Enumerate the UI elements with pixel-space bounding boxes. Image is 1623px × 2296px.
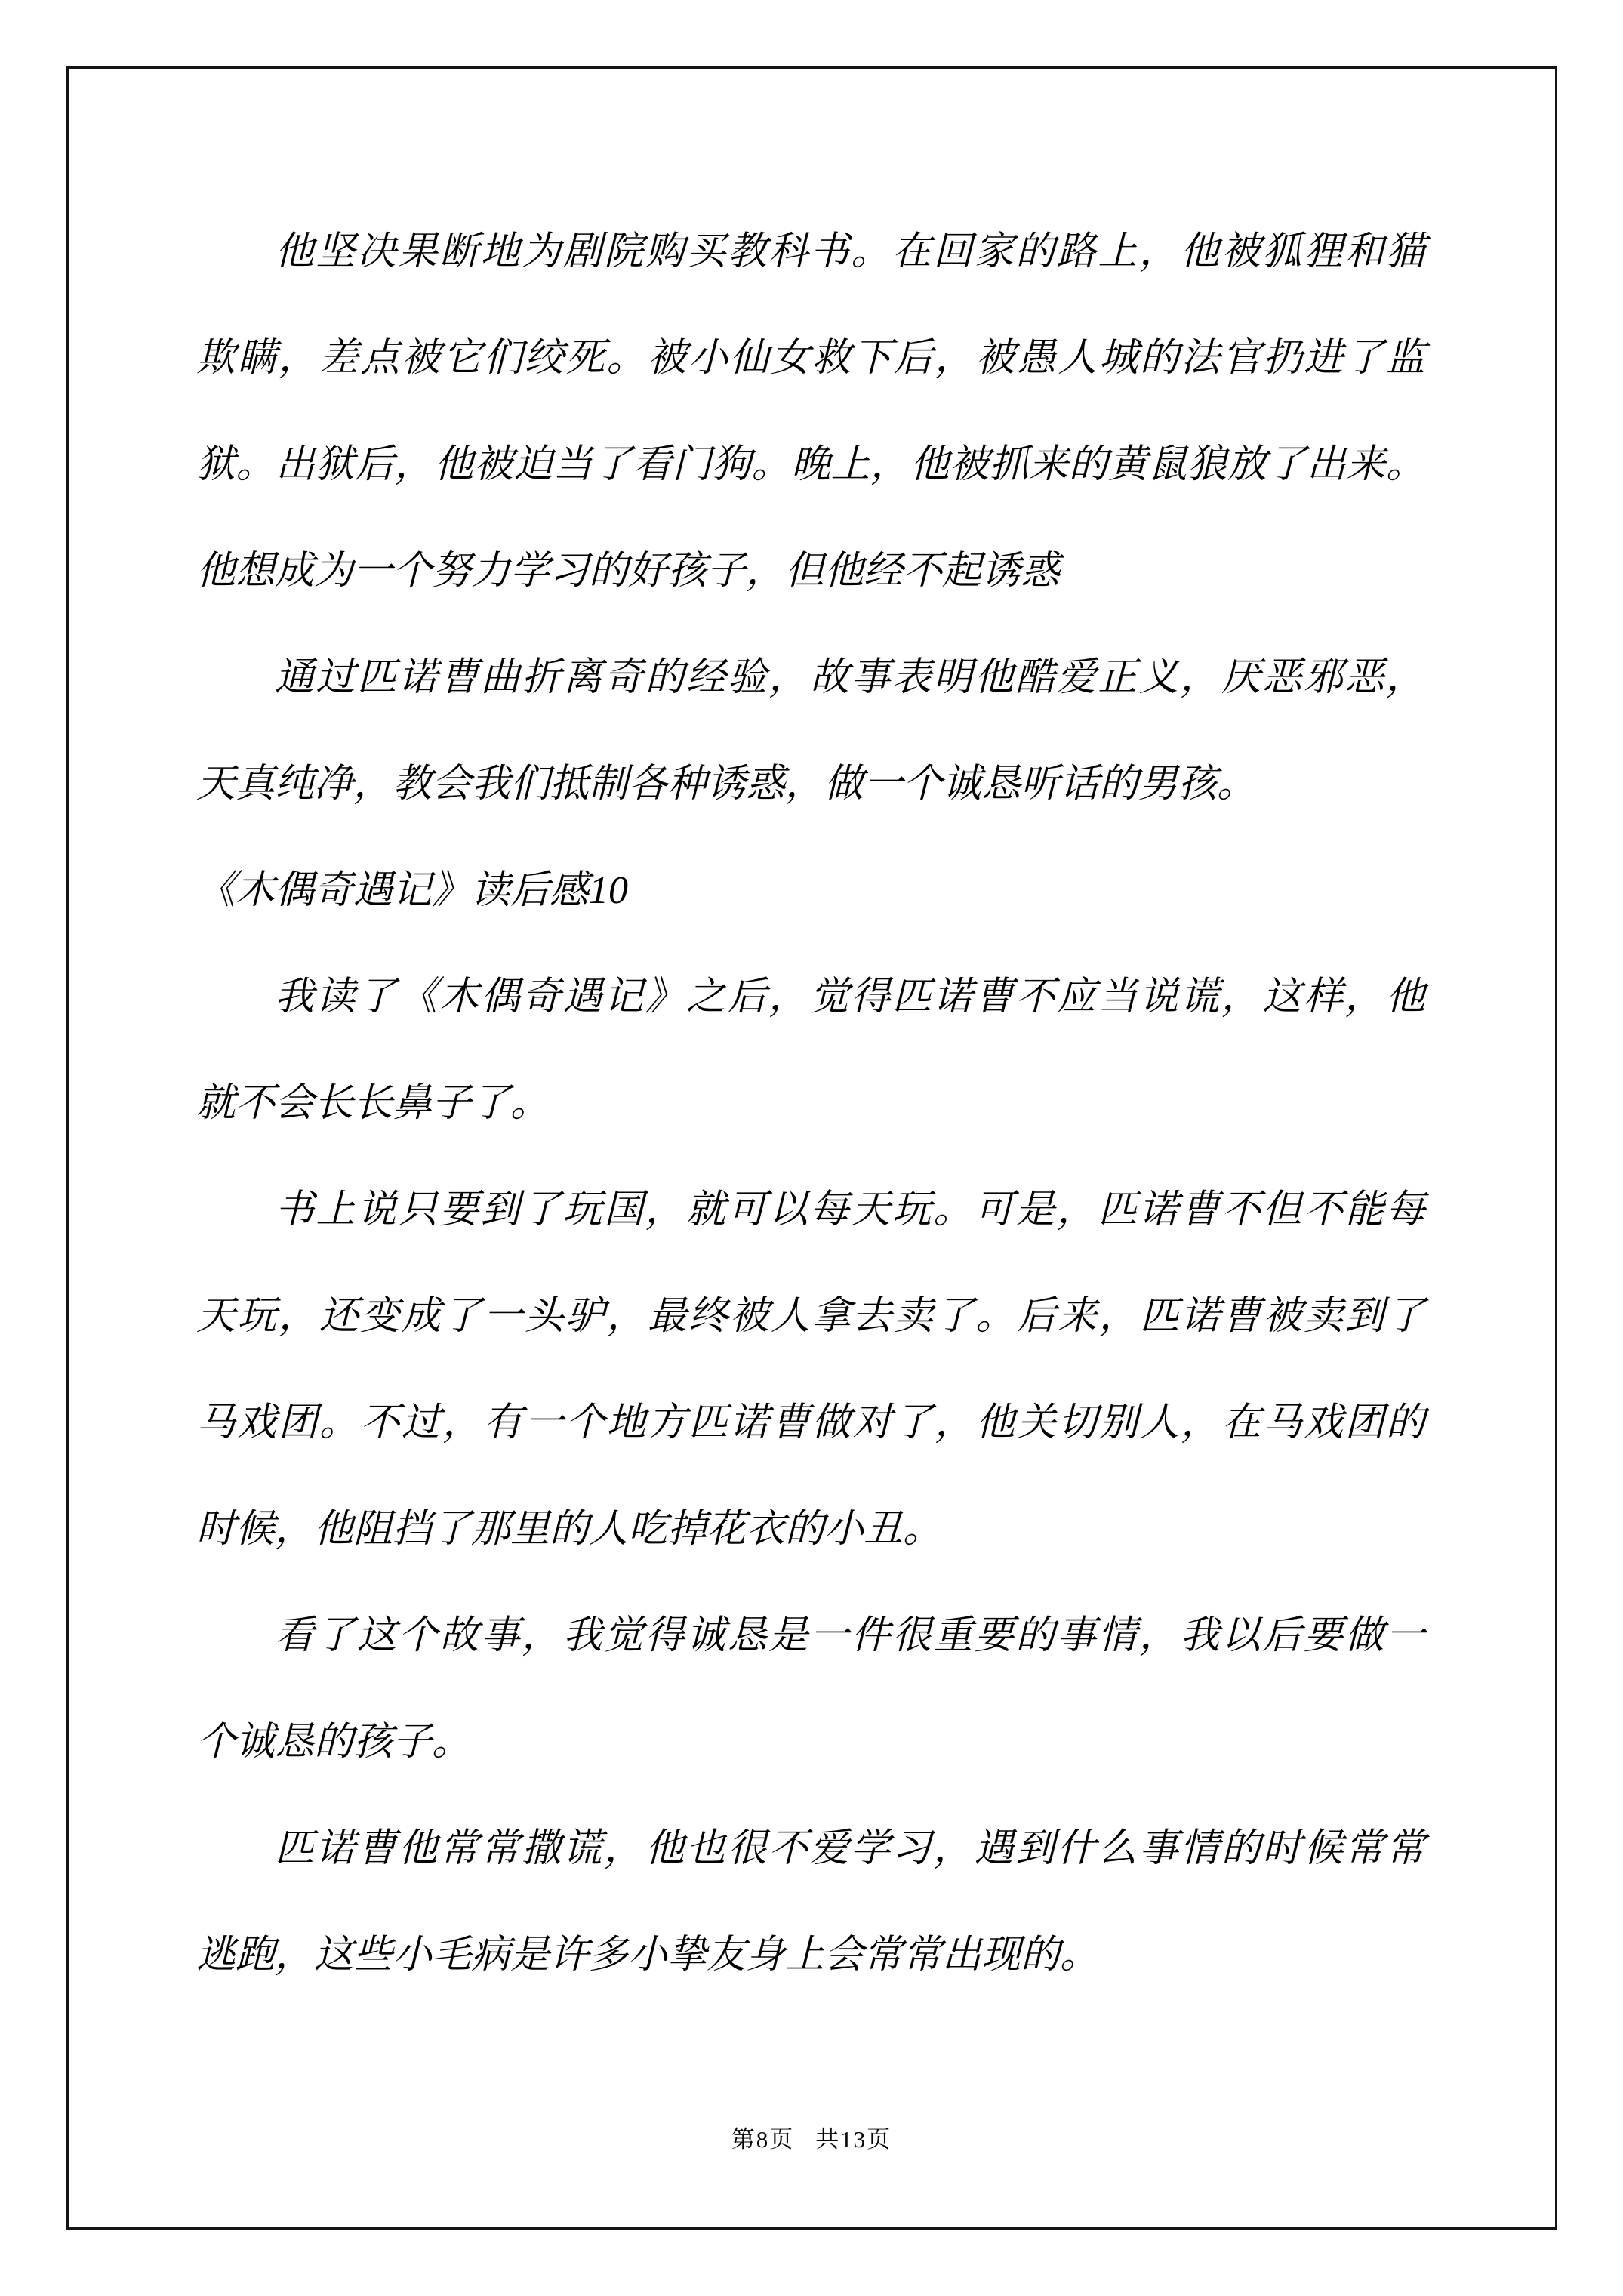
text-line: 他想成为一个努力学习的好孩子，但他经不起诱惑 — [196, 518, 1425, 624]
text-line: 逃跑，这些小毛病是许多小挚友身上会常常出现的。 — [196, 1902, 1425, 2008]
text-line: 匹诺曹他常常撒谎，他也很不爱学习，遇到什么事情的时候常常 — [196, 1795, 1425, 1902]
text-line: 他坚决果断地为剧院购买教科书。在回家的路上，他被狐狸和猫 — [196, 199, 1425, 305]
text-line: 我读了《木偶奇遇记》之后，觉得匹诺曹不应当说谎，这样，他 — [196, 944, 1425, 1050]
footer-current-page: 第8页 — [731, 2126, 795, 2153]
text-line: 马戏团。不过，有一个地方匹诺曹做对了，他关切别人，在马戏团的 — [196, 1370, 1425, 1476]
text-line: 天玩，还变成了一头驴，最终被人拿去卖了。后来，匹诺曹被卖到了 — [196, 1263, 1425, 1370]
text-line: 欺瞒，差点被它们绞死。被小仙女救下后，被愚人城的法官扔进了监 — [196, 305, 1425, 411]
text-line: 就不会长长鼻子了。 — [196, 1050, 1425, 1157]
text-block: 他坚决果断地为剧院购买教科书。在回家的路上，他被狐狸和猫 欺瞒，差点被它们绞死。… — [196, 199, 1425, 2008]
text-line: 时候，他阻挡了那里的人吃掉花衣的小丑。 — [196, 1476, 1425, 1583]
page-footer: 第8页共13页 — [0, 2123, 1623, 2156]
text-line: 狱。出狱后，他被迫当了看门狗。晚上，他被抓来的黄鼠狼放了出来。 — [196, 411, 1425, 518]
text-line: 看了这个故事，我觉得诚恳是一件很重要的事情，我以后要做一 — [196, 1583, 1425, 1689]
text-line: 个诚恳的孩子。 — [196, 1689, 1425, 1795]
text-line: 天真纯净，教会我们抵制各种诱惑，做一个诚恳听话的男孩。 — [196, 731, 1425, 837]
section-heading: 《木偶奇遇记》读后感10 — [196, 837, 1425, 944]
text-line: 通过匹诺曹曲折离奇的经验，故事表明他酷爱正义，厌恶邪恶， — [196, 624, 1425, 731]
footer-total-pages: 共13页 — [815, 2126, 892, 2153]
text-line: 书上说只要到了玩国，就可以每天玩。可是，匹诺曹不但不能每 — [196, 1157, 1425, 1263]
